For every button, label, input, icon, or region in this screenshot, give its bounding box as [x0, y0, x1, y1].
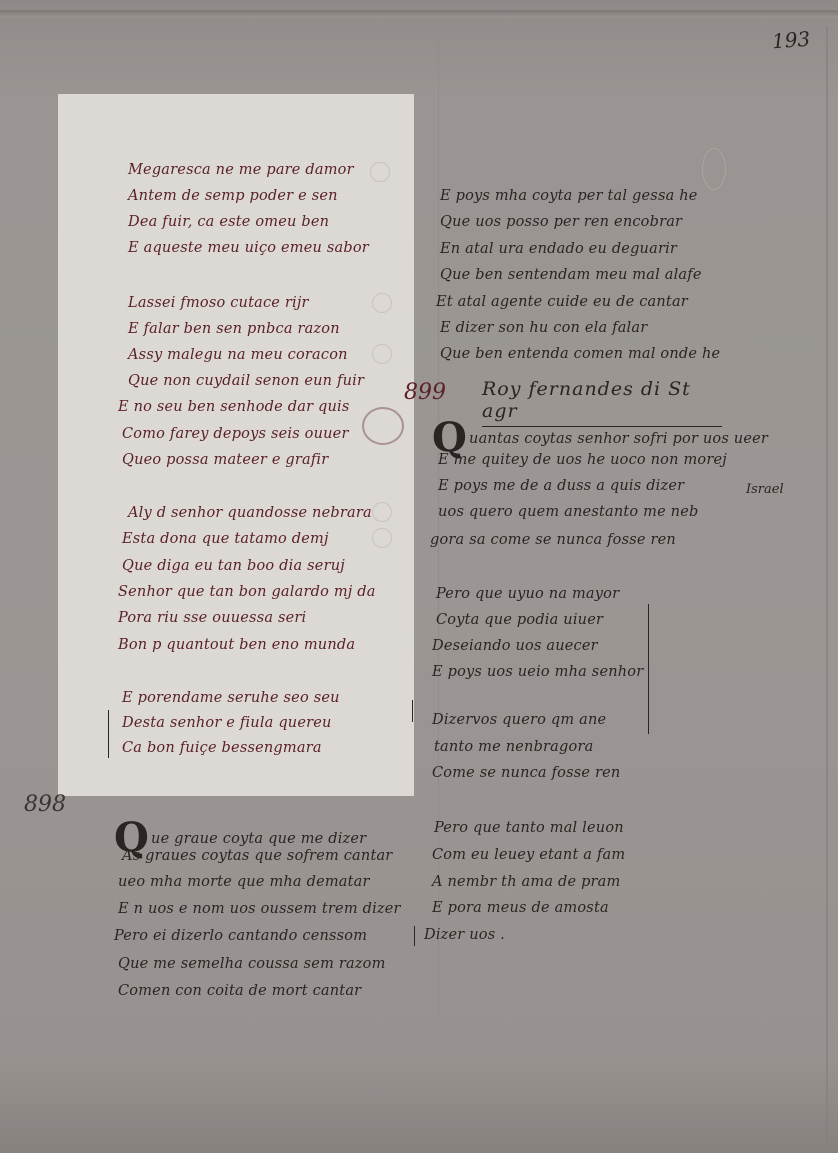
- verse-line: E n uos e nom uos oussem trem dizer: [118, 901, 401, 917]
- verse-line: As graues coytas que sofrem cantar: [122, 848, 392, 864]
- column-fold-line: [438, 20, 439, 1020]
- verse-line: Que ben entenda comen mal onde he: [440, 346, 720, 362]
- bleed-through-mark: [372, 293, 392, 313]
- verse-line: E dizer son hu con ela falar: [440, 320, 647, 336]
- bleed-through-mark: [372, 344, 392, 364]
- verse-line: E poys uos ueio mha senhor: [432, 664, 643, 680]
- verse-line: Que ben sentendam meu mal alafe: [440, 267, 702, 283]
- bleed-through-mark: [702, 148, 726, 190]
- verse-line: Que uos posso per ren encobrar: [440, 214, 682, 230]
- verse-line: Comen con coita de mort cantar: [118, 983, 361, 999]
- verse-line: uos quero quem anestanto me neb: [438, 504, 698, 520]
- verse-line: Aly d senhor quandosse nebrara: [128, 505, 372, 521]
- verse-line-text: uantas coytas senhor sofri por uos ueer: [469, 431, 768, 447]
- folio-number: 193: [771, 27, 811, 54]
- verse-line: Dea fuir, ca este omeu ben: [128, 214, 329, 230]
- verse-line: Dizer uos .: [424, 927, 505, 943]
- verse-line: Ca bon fuiçe bessengmara: [122, 740, 322, 756]
- verse-line: E pora meus de amosta: [432, 900, 609, 916]
- margin-bracket: [412, 700, 413, 722]
- verse-line: E aqueste meu uiço emeu sabor: [128, 240, 369, 256]
- poem-number-898: 898: [24, 792, 66, 817]
- margin-bracket: [648, 604, 649, 734]
- bleed-through-mark: [370, 162, 390, 182]
- verse-line: E no seu ben senhode dar quis: [118, 399, 350, 415]
- verse-line: Antem de semp poder e sen: [128, 188, 338, 204]
- verse-line: Lassei fmoso cutace rijr: [128, 295, 309, 311]
- margin-note: Israel: [746, 482, 784, 497]
- bleed-through-mark: [372, 528, 392, 548]
- verse-line: Et atal agente cuide eu de cantar: [436, 294, 688, 310]
- verse-line: Megaresca ne me pare damor: [128, 162, 354, 178]
- verse-line: E poys me de a duss a quis dizer: [438, 478, 684, 494]
- poem-number-899: 899: [404, 380, 446, 405]
- verse-line: Pero que tanto mal leuon: [434, 820, 624, 836]
- page-top-edge: [0, 10, 838, 18]
- verse-line: Dizervos quero qm ane: [432, 712, 606, 728]
- verse-line: Deseiando uos auecer: [432, 638, 598, 654]
- verse-line: Que diga eu tan boo dia seruj: [122, 558, 345, 574]
- margin-bracket: [414, 926, 415, 946]
- verse-line: Senhor que tan bon galardo mj da: [118, 584, 376, 600]
- verse-line: Com eu leuey etant a fam: [432, 847, 625, 863]
- ring-stain-mark: [362, 407, 404, 445]
- verse-line-text: ue graue coyta que me dizer: [151, 831, 366, 847]
- verse-line: Que me semelha coussa sem razom: [118, 956, 386, 972]
- verse-line: Coyta que podia uiuer: [436, 612, 603, 628]
- verse-line: E me quitey de uos he uoco non morej: [438, 452, 727, 468]
- bleed-through-mark: [372, 502, 392, 522]
- verse-line: Pora riu sse ouuessa seri: [118, 610, 306, 626]
- verse-line: E falar ben sen pnbca razon: [128, 321, 340, 337]
- verse-line: Que non cuydail senon eun fuir: [128, 373, 364, 389]
- verse-line: En atal ura endado eu deguarir: [440, 241, 677, 257]
- verse-line: A nembr th ama de pram: [432, 874, 620, 890]
- verse-line: Esta dona que tatamo demj: [122, 531, 329, 547]
- verse-line: Bon p quantout ben eno munda: [118, 637, 355, 653]
- verse-line: E porendame seruhe seo seu: [122, 690, 340, 706]
- verse-line: gora sa come se nunca fosse ren: [430, 532, 676, 548]
- verse-line: Come se nunca fosse ren: [432, 765, 620, 781]
- verse-line: Desta senhor e fiula quereu: [122, 715, 332, 731]
- page-gutter-edge: [826, 26, 828, 1146]
- verse-line: E poys mha coyta per tal gessa he: [440, 188, 698, 204]
- verse-line: Assy malegu na meu coracon: [128, 347, 348, 363]
- verse-line: Pero que uyuo na mayor: [436, 586, 619, 602]
- verse-line: Queo possa mateer e grafir: [122, 452, 328, 468]
- verse-line: ueo mha morte que mha dematar: [118, 874, 370, 890]
- verse-line: tanto me nenbragora: [434, 739, 593, 755]
- verse-line: Pero ei dizerlo cantando censsom: [114, 928, 367, 944]
- margin-bracket: [108, 710, 109, 758]
- verse-line: Como farey depoys seis ouuer: [122, 426, 349, 442]
